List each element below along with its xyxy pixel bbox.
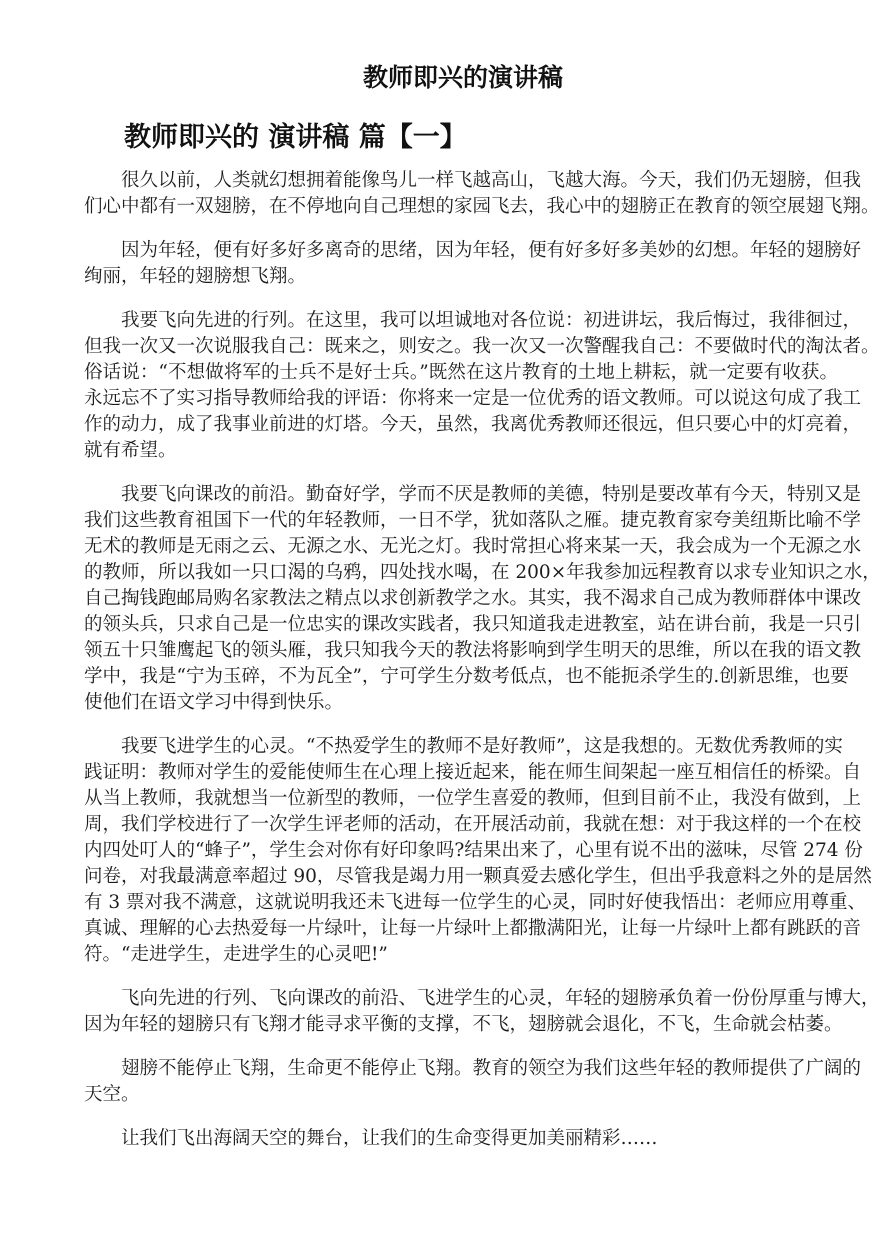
text-line: 学中，我是“宁为玉碎，不为瓦全”，宁可学生分数考低点，也不能扼杀学生的.创新思维… [84, 664, 838, 690]
text-line: 我们这些教育祖国下一代的年轻教师，一日不学，犹如落队之雁。捷克教育家夸美纽斯比喻… [84, 508, 838, 534]
text-line: 符。“走进学生，走进学生的心灵吧!” [84, 942, 838, 968]
document-title: 教师即兴的演讲稿 [0, 62, 884, 94]
text-line: 天空。 [84, 1082, 838, 1108]
paragraph: 很久以前，人类就幻想拥着能像鸟儿一样飞越高山，飞越大海。今天，我们仍无翅膀，但我… [84, 168, 838, 220]
document-body: 很久以前，人类就幻想拥着能像鸟儿一样飞越高山，飞越大海。今天，我们仍无翅膀，但我… [84, 168, 838, 1170]
paragraph: 我要飞向先进的行列。在这里，我可以坦诚地对各位说：初进讲坛，我后悔过，我徘徊过，… [84, 308, 838, 464]
text-line: 就有希望。 [84, 438, 838, 464]
text-line: 内四处叮人的“蜂子”，学生会对你有好印象吗?结果出来了，心里有说不出的滋味，尽管… [84, 838, 838, 864]
text-line: 的领头兵，只求自己是一位忠实的课改实践者，我只知道我走进教室，站在讲台前，我是一… [84, 612, 838, 638]
text-line: 从当上教师，我就想当一位新型的教师，一位学生喜爱的教师，但到目前不止，我没有做到… [84, 786, 838, 812]
text-line: 我要飞向课改的前沿。勤奋好学，学而不厌是教师的美德，特别是要改革有今天，特别又是 [84, 482, 838, 508]
text-line: 无术的教师是无雨之云、无源之水、无光之灯。我时常担心将来某一天，我会成为一个无源… [84, 534, 838, 560]
text-line: 问卷，对我最满意率超过 90，尽管我是竭力用一颗真爱去感化学生，但出乎我意料之外… [84, 864, 838, 890]
text-line: 俗话说：“不想做将军的士兵不是好士兵。”既然在这片教育的土地上耕耘，就一定要有收… [84, 360, 838, 386]
text-line: 因为年轻的翅膀只有飞翔才能寻求平衡的支撑，不飞，翅膀就会退化，不飞，生命就会枯萎… [84, 1012, 838, 1038]
text-line: 绚丽，年轻的翅膀想飞翔。 [84, 264, 838, 290]
text-line: 飞向先进的行列、飞向课改的前沿、飞进学生的心灵，年轻的翅膀承负着一份份厚重与博大… [84, 986, 838, 1012]
text-line: 自己掏钱跑邮局购名家教法之精点以求创新教学之水。其实，我不渴求自己成为教师群体中… [84, 586, 838, 612]
text-line: 翅膀不能停止飞翔，生命更不能停止飞翔。教育的领空为我们这些年轻的教师提供了广阔的 [84, 1056, 838, 1082]
text-line: 但我一次又一次说服我自己：既来之，则安之。我一次又一次警醒我自己：不要做时代的淘… [84, 334, 838, 360]
text-line: 有 3 票对我不满意，这就说明我还未飞进每一位学生的心灵，同时好使我悟出：老师应… [84, 890, 838, 916]
text-line: 周，我们学校进行了一次学生评老师的活动，在开展活动前，我就在想：对于我这样的一个… [84, 812, 838, 838]
text-line: 让我们飞出海阔天空的舞台，让我们的生命变得更加美丽精彩…… [84, 1126, 838, 1152]
text-line: 我要飞进学生的心灵。“不热爱学生的教师不是好教师”，这是我想的。无数优秀教师的实 [84, 734, 838, 760]
text-line: 领五十只雏鹰起飞的领头雁，我只知我今天的教法将影响到学生明天的思维，所以在我的语… [84, 638, 838, 664]
text-line: 因为年轻，便有好多好多离奇的思绪，因为年轻，便有好多好多美妙的幻想。年轻的翅膀好 [84, 238, 838, 264]
paragraph: 我要飞向课改的前沿。勤奋好学，学而不厌是教师的美德，特别是要改革有今天，特别又是… [84, 482, 838, 716]
paragraph: 我要飞进学生的心灵。“不热爱学生的教师不是好教师”，这是我想的。无数优秀教师的实… [84, 734, 838, 968]
text-line: 我要飞向先进的行列。在这里，我可以坦诚地对各位说：初进讲坛，我后悔过，我徘徊过， [84, 308, 838, 334]
text-line: 作的动力，成了我事业前进的灯塔。今天，虽然，我离优秀教师还很远，但只要心中的灯亮… [84, 412, 838, 438]
paragraph: 翅膀不能停止飞翔，生命更不能停止飞翔。教育的领空为我们这些年轻的教师提供了广阔的… [84, 1056, 838, 1108]
text-line: 的教师，所以我如一只口渴的乌鸦，四处找水喝，在 200×年我参加远程教育以求专业… [84, 560, 838, 586]
text-line: 践证明：教师对学生的爱能使师生在心理上接近起来，能在师生间架起一座互相信任的桥梁… [84, 760, 838, 786]
section-heading: 教师即兴的 演讲稿 篇【一】 [124, 119, 467, 157]
text-line: 永远忘不了实习指导教师给我的评语：你将来一定是一位优秀的语文教师。可以说这句成了… [84, 386, 838, 412]
text-line: 真诚、理解的心去热爱每一片绿叶，让每一片绿叶上都撒满阳光，让每一片绿叶上都有跳跃… [84, 916, 838, 942]
paragraph: 飞向先进的行列、飞向课改的前沿、飞进学生的心灵，年轻的翅膀承负着一份份厚重与博大… [84, 986, 838, 1038]
text-line: 很久以前，人类就幻想拥着能像鸟儿一样飞越高山，飞越大海。今天，我们仍无翅膀，但我 [84, 168, 838, 194]
paragraph: 因为年轻，便有好多好多离奇的思绪，因为年轻，便有好多好多美妙的幻想。年轻的翅膀好… [84, 238, 838, 290]
text-line: 们心中都有一双翅膀，在不停地向自己理想的家园飞去，我心中的翅膀正在教育的领空展翅… [84, 194, 838, 220]
paragraph: 让我们飞出海阔天空的舞台，让我们的生命变得更加美丽精彩…… [84, 1126, 838, 1152]
document-page: 教师即兴的演讲稿 教师即兴的 演讲稿 篇【一】 很久以前，人类就幻想拥着能像鸟儿… [0, 0, 884, 1250]
text-line: 使他们在语文学习中得到快乐。 [84, 690, 838, 716]
